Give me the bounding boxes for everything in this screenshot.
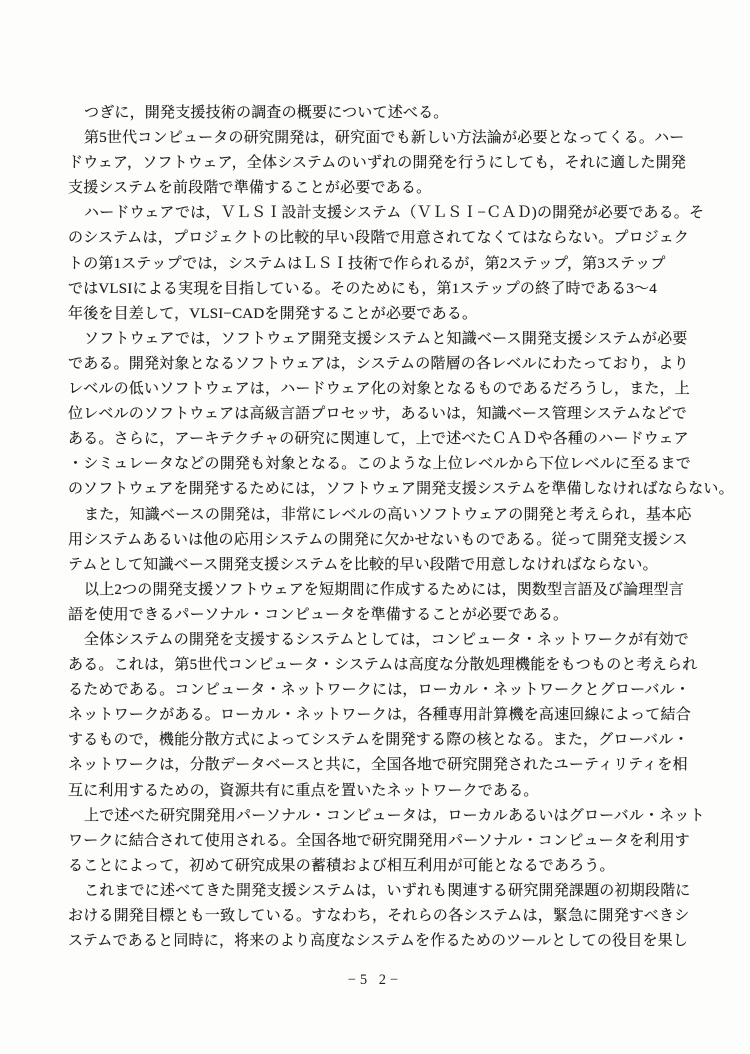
text-line: 互に利用するための，資源共有に重点を置いたネットワークである。: [68, 779, 708, 804]
text-line: ある。これは，第5世代コンピュータ・システムは高度な分散処理機能をもつものと考え…: [68, 653, 708, 678]
text-line: である。開発対象となるソフトウェアは，システムの階層の各レベルにわたっており，よ…: [68, 352, 708, 377]
text-line: 上で述べた研究開発用パーソナル・コンピュータは，ローカルあるいはグローバル・ネッ…: [68, 804, 708, 829]
text-line: 用システムあるいは他の応用システムの開発に欠かせないものである。従って開発支援シ…: [68, 528, 708, 553]
text-line: ソフトウェアでは，ソフトウェア開発支援システムと知識ベース開発支援システムが必要: [68, 327, 708, 352]
text-line: おける開発目標とも一致している。すなわち，それらの各システムは，緊急に開発すべき…: [68, 904, 708, 929]
text-line: ステムであると同時に，将来のより高度なシステムを作るためのツールとしての役目を果…: [68, 929, 708, 954]
text-line: ハードウェアでは，ＶＬＳＩ設計支援システム（ＶＬＳＩ−ＣＡＤ)の開発が必要である…: [68, 201, 708, 226]
text-line: 第5世代コンピュータの研究開発は，研究面でも新しい方法論が必要となってくる。ハー: [68, 126, 708, 151]
text-line: のシステムは，プロジェクトの比較的早い段階で用意されてなくてはならない。プロジェ…: [68, 226, 708, 251]
text-line: テムとして知識ベース開発支援システムを比較的早い段階で用意しなければならない。: [68, 553, 708, 578]
text-line: 位レベルのソフトウェアは高級言語プロセッサ，あるいは，知識ベース管理システムなど…: [68, 402, 708, 427]
text-line: 以上2つの開発支援ソフトウェアを短期間に作成するためには，関数型言語及び論理型言: [68, 578, 708, 603]
document-body: つぎに，開発支援技術の調査の概要について述べる。第5世代コンピュータの研究開発は…: [68, 101, 708, 954]
document-page: つぎに，開発支援技術の調査の概要について述べる。第5世代コンピュータの研究開発は…: [0, 0, 750, 1054]
text-line: 年後を目差して，VLSI−CADを開発することが必要である。: [68, 302, 708, 327]
text-line: 支援システムを前段階で準備することが必要である。: [68, 176, 708, 201]
text-line: るためである。コンピュータ・ネットワークには，ローカル・ネットワークとグローバル…: [68, 678, 708, 703]
text-line: ワークに結合されて使用される。全国各地で研究開発用パーソナル・コンピュータを利用…: [68, 829, 708, 854]
text-line: レベルの低いソフトウェアは，ハードウェア化の対象となるものであるだろうし，また，…: [68, 377, 708, 402]
text-line: ることによって，初めて研究成果の蓄積および相互利用が可能となるであろう。: [68, 854, 708, 879]
text-line: ・シミュレータなどの開発も対象となる。このような上位レベルから下位レベルに至るま…: [68, 452, 708, 477]
text-line: また，知識ベースの開発は，非常にレベルの高いソフトウェアの開発と考えられ，基本応: [68, 503, 708, 528]
text-line: ネットワークがある。ローカル・ネットワークは，各種専用計算機を高速回線によって結…: [68, 703, 708, 728]
text-line: 全体システムの開発を支援するシステムとしては，コンピュータ・ネットワークが有効で: [68, 628, 708, 653]
page-number: −5 2−: [0, 972, 750, 989]
text-line: ドウェア，ソフトウェア，全体システムのいずれの開発を行うにしても，それに適した開…: [68, 151, 708, 176]
text-line: ネットワークは，分散データベースと共に，全国各地で研究開発されたユーティリティを…: [68, 753, 708, 778]
text-line: 語を使用できるパーソナル・コンピュータを準備することが必要である。: [68, 603, 708, 628]
text-line: ではVLSIによる実現を目指している。そのためにも，第1ステップの終了時である3…: [68, 277, 708, 302]
text-line: ある。さらに，アーキテクチャの研究に関連して，上で述べたＣＡＤや各種のハードウェ…: [68, 427, 708, 452]
text-line: のソフトウェアを開発するためには，ソフトウェア開発支援システムを準備しなければな…: [68, 477, 708, 502]
text-line: これまでに述べてきた開発支援システムは，いずれも関連する研究開発課題の初期段階に: [68, 879, 708, 904]
text-line: するもので，機能分散方式によってシステムを開発する際の核となる。また，グローバル…: [68, 728, 708, 753]
text-line: トの第1ステップでは，システムはＬＳＩ技術で作られるが，第2ステップ，第3ステッ…: [68, 252, 708, 277]
text-line: つぎに，開発支援技術の調査の概要について述べる。: [68, 101, 708, 126]
